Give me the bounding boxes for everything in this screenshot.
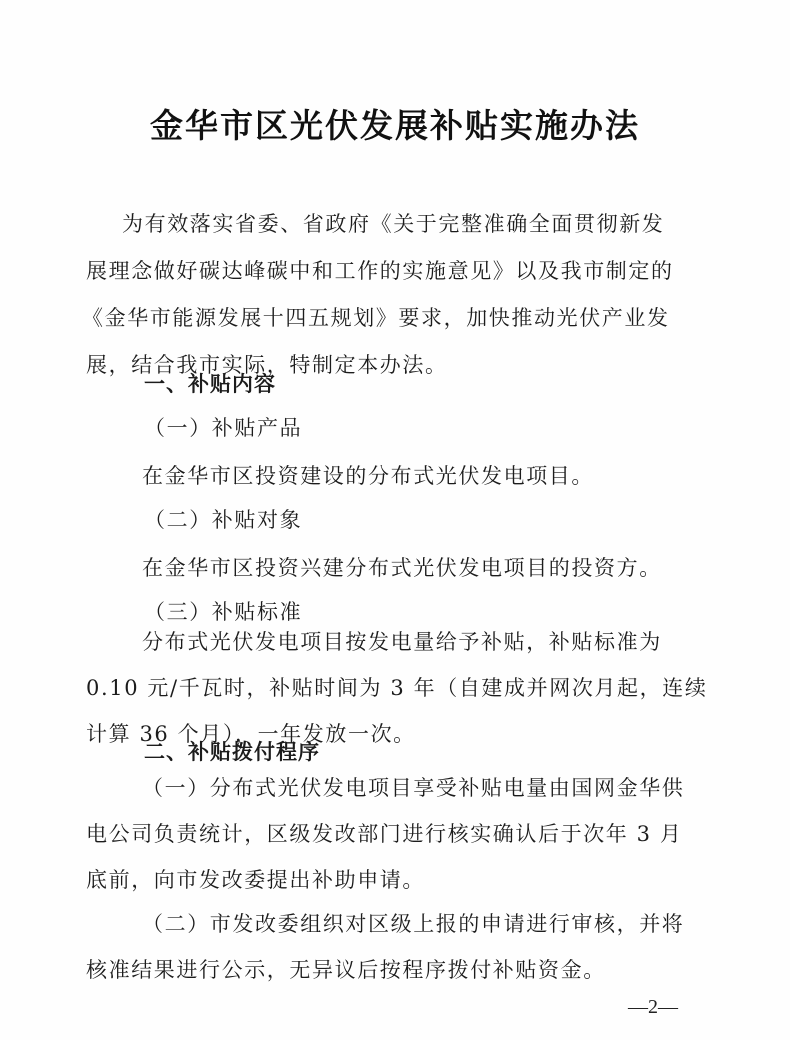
intro-line-3: 《金华市能源发展十四五规划》要求，加快推动光伏产业发 [82,302,670,332]
section-1-sub3-line-1: 分布式光伏发电项目按发电量给予补贴，补贴标准为 [142,626,662,656]
intro-line-1: 为有效落实省委、省政府《关于完整准确全面贯彻新发 [122,208,664,238]
section-1-sub1-text: 在金华市区投资建设的分布式光伏发电项目。 [142,460,594,490]
section-1-sub1-heading: （一）补贴产品 [144,412,302,442]
section-2-sub1-line-2: 电公司负责统计，区级发改部门进行核实确认后于次年 3 月 [86,818,683,848]
section-1-sub3-heading: （三）补贴标准 [144,596,302,626]
section-1-sub2-text: 在金华市区投资兴建分布式光伏发电项目的投资方。 [142,552,662,582]
section-2-sub1-line-3: 底前，向市发改委提出补助申请。 [86,864,425,894]
section-1-heading: 一、补贴内容 [144,368,276,398]
section-1-sub2-heading: （二）补贴对象 [144,504,302,534]
section-2-sub2-line-1: （二）市发改委组织对区级上报的申请进行审核，并将 [142,908,684,938]
section-2-heading: 二、补贴拨付程序 [144,736,320,766]
section-2-sub2-line-2: 核准结果进行公示，无异议后按程序拨付补贴资金。 [86,954,606,984]
section-1-sub3-line-2: 0.10 元/千瓦时，补贴时间为 3 年（自建成并网次月起，连续 [86,672,707,702]
intro-line-2: 展理念做好碳达峰碳中和工作的实施意见》以及我市制定的 [86,255,674,285]
page-number: —2— [628,996,678,1019]
document-title: 金华市区光伏发展补贴实施办法 [0,100,790,147]
section-2-sub1-line-1: （一）分布式光伏发电项目享受补贴电量由国网金华供 [142,772,684,802]
